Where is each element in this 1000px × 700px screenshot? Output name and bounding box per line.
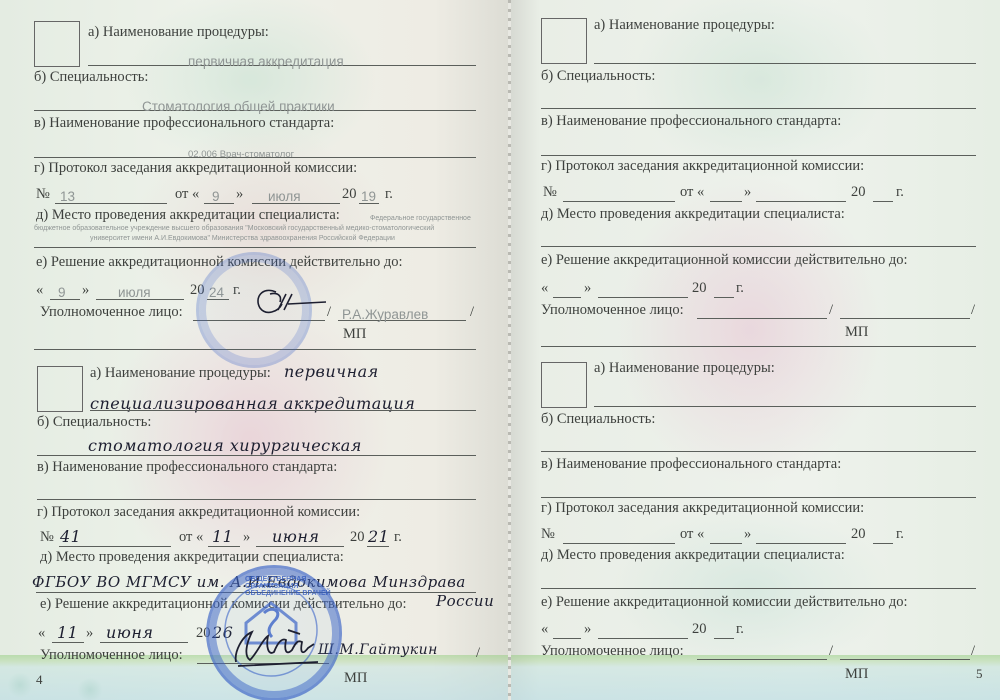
signature-icon xyxy=(248,284,328,320)
month-line xyxy=(256,546,344,547)
year-line xyxy=(367,546,389,547)
valid-day: 9 xyxy=(58,285,66,300)
year-suffix: г. xyxy=(896,526,904,543)
year-prefix: 20 xyxy=(692,280,707,297)
standard-value: 02.006 Врач-стоматолог xyxy=(188,149,294,160)
standard-label: в) Наименование профессионального станда… xyxy=(541,113,841,130)
protocol-no-sign: № xyxy=(40,529,54,546)
valid-until-label: е) Решение аккредитационной комиссии дей… xyxy=(541,594,908,611)
from-label: от « xyxy=(680,184,704,201)
day-line xyxy=(208,546,240,547)
quote-open: « xyxy=(36,282,43,299)
place-handwritten-cont: России xyxy=(436,592,494,610)
protocol-no-sign: № xyxy=(543,184,557,201)
year-prefix: 20 xyxy=(692,621,707,638)
procedure-handwritten-1: первичная xyxy=(284,362,379,381)
quote-close: » xyxy=(243,529,250,546)
protocol-number: 13 xyxy=(60,189,75,204)
signature-line[interactable] xyxy=(697,659,827,660)
place-line xyxy=(34,247,476,248)
valid-day-line xyxy=(52,642,84,643)
procedure-label: а) Наименование процедуры: xyxy=(90,365,271,382)
year-line[interactable] xyxy=(873,201,893,202)
procedure-value: первичная аккредитация xyxy=(188,54,344,69)
quote-open: « xyxy=(541,621,548,638)
signer-line[interactable] xyxy=(840,318,970,319)
valid-until-label: е) Решение аккредитационной комиссии дей… xyxy=(541,252,908,269)
checkbox-entry-4[interactable] xyxy=(541,362,587,408)
procedure-label: а) Наименование процедуры: xyxy=(594,17,775,34)
year-suffix: г. xyxy=(385,186,393,203)
signer-name: Р.А.Журавлев xyxy=(342,307,428,322)
place-label: д) Место проведения аккредитации специал… xyxy=(40,549,344,566)
place-label: д) Место проведения аккредитации специал… xyxy=(36,207,340,224)
valid-day-line[interactable] xyxy=(553,638,581,639)
quote-close: » xyxy=(584,621,591,638)
valid-year-line[interactable] xyxy=(714,638,734,639)
protocol-day: 11 xyxy=(212,527,233,546)
authorized-label: Уполномоченное лицо: xyxy=(40,304,183,321)
procedure-line xyxy=(90,410,476,411)
year-suffix: г. xyxy=(736,621,744,638)
slash: / xyxy=(470,304,474,321)
standard-line[interactable] xyxy=(541,497,976,498)
specialty-label: б) Специальность: xyxy=(541,68,655,85)
authorized-label: Уполномоченное лицо: xyxy=(541,643,684,660)
year-line[interactable] xyxy=(873,543,893,544)
quote-open: « xyxy=(541,280,548,297)
year-prefix: 20 xyxy=(851,526,866,543)
authorized-label: Уполномоченное лицо: xyxy=(40,647,183,664)
specialty-label: б) Специальность: xyxy=(37,414,151,431)
year-prefix: 20 xyxy=(851,184,866,201)
slash: / xyxy=(829,643,833,660)
protocol-year: 19 xyxy=(361,189,376,204)
protocol-label: г) Протокол заседания аккредитационной к… xyxy=(541,500,864,517)
protocol-month: июня xyxy=(272,527,320,546)
quote-close: » xyxy=(86,625,93,642)
stamp-place-label: МП xyxy=(845,666,868,683)
page-spine xyxy=(508,0,511,700)
page-number-right: 5 xyxy=(976,666,983,682)
valid-month-line[interactable] xyxy=(598,297,688,298)
quote-open: « xyxy=(38,625,45,642)
authorized-label: Уполномоченное лицо: xyxy=(541,302,684,319)
protocol-no-line[interactable] xyxy=(563,201,675,202)
year-suffix: г. xyxy=(394,529,402,546)
protocol-label: г) Протокол заседания аккредитационной к… xyxy=(34,160,357,177)
quote-close: » xyxy=(584,280,591,297)
standard-label: в) Наименование профессионального станда… xyxy=(541,456,841,473)
quote-close: » xyxy=(744,526,751,543)
protocol-label: г) Протокол заседания аккредитационной к… xyxy=(541,158,864,175)
protocol-year: 21 xyxy=(368,527,389,546)
protocol-number: 41 xyxy=(60,527,81,546)
standard-label: в) Наименование профессионального станда… xyxy=(37,459,337,476)
place-line[interactable] xyxy=(541,588,976,589)
from-label: от « xyxy=(680,526,704,543)
checkbox-entry-1[interactable] xyxy=(34,21,80,67)
procedure-line[interactable] xyxy=(594,406,976,407)
procedure-label: а) Наименование процедуры: xyxy=(594,360,775,377)
specialty-value: Стоматология общей практики xyxy=(142,99,335,114)
slash: / xyxy=(971,302,975,319)
place-value-line3: университет имени А.И.Евдокимова" Минист… xyxy=(90,233,395,244)
specialty-line xyxy=(37,455,476,456)
entry-separator-line xyxy=(541,346,976,347)
month-line[interactable] xyxy=(756,543,846,544)
day-line[interactable] xyxy=(710,201,742,202)
quote-close: » xyxy=(236,186,243,203)
specialty-label: б) Специальность: xyxy=(34,69,148,86)
year-suffix: г. xyxy=(736,280,744,297)
specialty-line[interactable] xyxy=(541,108,976,109)
quote-close: » xyxy=(82,282,89,299)
valid-month: июля xyxy=(118,285,151,300)
valid-month-line[interactable] xyxy=(598,638,688,639)
stamp-place-label: МП xyxy=(845,324,868,341)
specialty-line[interactable] xyxy=(541,451,976,452)
signature-line[interactable] xyxy=(697,318,827,319)
procedure-label: а) Наименование процедуры: xyxy=(88,24,269,41)
protocol-no-line xyxy=(59,546,171,547)
from-label: от « xyxy=(175,186,199,203)
signer-line[interactable] xyxy=(840,659,970,660)
stamp-place-label: МП xyxy=(344,670,367,687)
valid-day: 11 xyxy=(57,623,78,642)
checkbox-entry-3[interactable] xyxy=(541,18,587,64)
protocol-label: г) Протокол заседания аккредитационной к… xyxy=(37,504,360,521)
protocol-no-sign: № xyxy=(541,526,555,543)
specialty-label: б) Специальность: xyxy=(541,411,655,428)
valid-month: июня xyxy=(106,623,154,642)
quote-close: » xyxy=(744,184,751,201)
checkbox-entry-2[interactable] xyxy=(37,366,83,412)
slash: / xyxy=(829,302,833,319)
protocol-no-line[interactable] xyxy=(563,543,675,544)
year-prefix: 20 xyxy=(342,186,357,203)
protocol-no-sign: № xyxy=(36,186,50,203)
place-line[interactable] xyxy=(541,246,976,247)
slash: / xyxy=(476,645,480,662)
day-line[interactable] xyxy=(710,543,742,544)
year-suffix: г. xyxy=(896,184,904,201)
stamp-text: ОБЩЕСТВЕННАЯ ОРГАНИЗАЦИЯ · ОБЪЕДИНЕНИЕ В… xyxy=(245,576,339,597)
slash: / xyxy=(971,643,975,660)
place-label: д) Место проведения аккредитации специал… xyxy=(541,206,845,223)
standard-label: в) Наименование профессионального станда… xyxy=(34,115,334,132)
from-label: от « xyxy=(179,529,203,546)
protocol-month: июля xyxy=(268,189,301,204)
month-line[interactable] xyxy=(756,201,846,202)
stamp-place-label: МП xyxy=(343,326,366,343)
standard-line[interactable] xyxy=(541,155,976,156)
valid-month-line xyxy=(100,642,188,643)
standard-line xyxy=(37,499,476,500)
page-number-left: 4 xyxy=(36,672,43,688)
signature-icon xyxy=(228,622,328,672)
valid-year-line[interactable] xyxy=(714,297,734,298)
place-label: д) Место проведения аккредитации специал… xyxy=(541,547,845,564)
specialty-handwritten: стоматология хирургическая xyxy=(88,436,362,455)
procedure-line[interactable] xyxy=(594,63,976,64)
year-prefix: 20 xyxy=(350,529,365,546)
valid-day-line[interactable] xyxy=(553,297,581,298)
protocol-day: 9 xyxy=(212,189,220,204)
